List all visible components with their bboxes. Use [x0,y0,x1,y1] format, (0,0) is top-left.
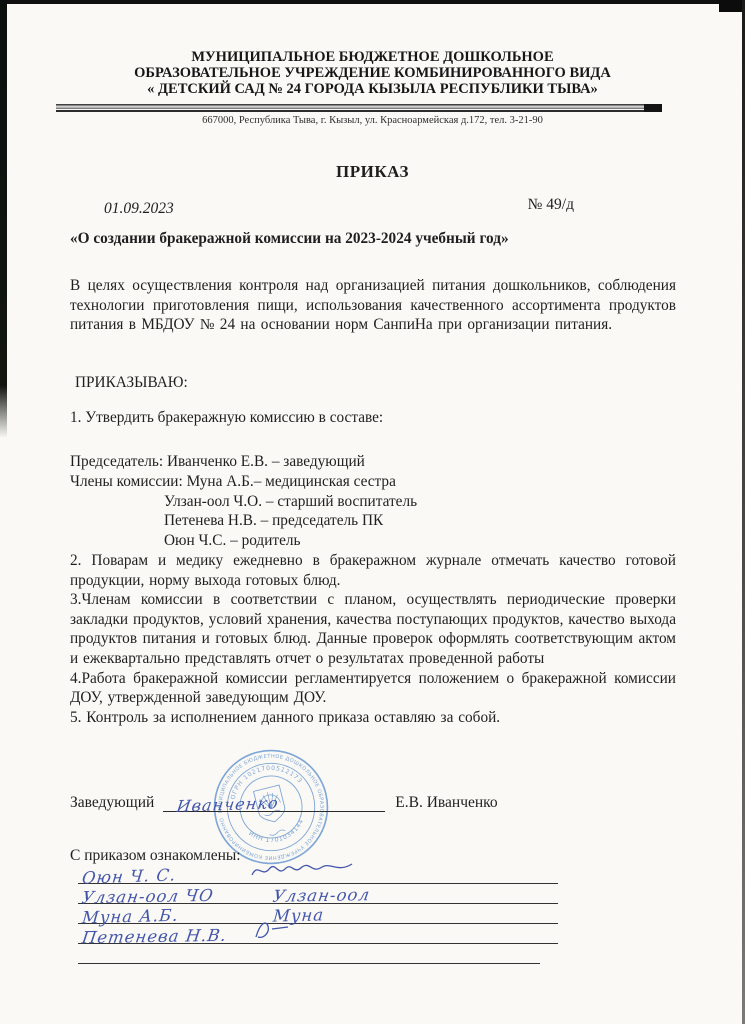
order-meta: 01.09.2023 № 49/д [70,196,676,218]
committee-member-4: Оюн Ч.С. – родитель [70,531,417,551]
handwritten-signature: Иванченко [176,793,281,816]
ack-row-5 [78,943,540,964]
ack-row-2: Улзан-оол ЧО Улзан-оол [78,883,558,904]
committee-members-label: Члены комиссии: [70,473,187,490]
signature-scribble-1 [248,859,358,883]
committee-chairman: Председатель: Иванченко Е.В. – заведующи… [70,452,417,472]
order-items: 2. Поварам и медику ежедневно в бракераж… [70,551,676,727]
org-name-line-1: МУНИЦИПАЛЬНОЕ БЮДЖЕТНОЕ ДОШКОЛЬНОЕ [0,49,745,65]
address-line: 667000, Республика Тыва, г. Кызыл, ул. К… [0,115,745,126]
org-name: МУНИЦИПАЛЬНОЕ БЮДЖЕТНОЕ ДОШКОЛЬНОЕ ОБРАЗ… [0,49,745,97]
order-subject: «О создании бракеражной комиссии на 2023… [70,230,690,248]
order-item-4: 4.Работа бракеражной комиссии регламенти… [70,669,676,708]
committee-list: Председатель: Иванченко Е.В. – заведующи… [70,452,417,551]
committee-member-3: Петенева Н.В. – председатель ПК [70,511,417,531]
directive-heading: ПРИКАЗЫВАЮ: [75,374,188,392]
order-item-5: 5. Контроль за исполнением данного прика… [70,708,676,728]
org-name-line-3: « ДЕТСКИЙ САД № 24 ГОРОДА КЫЗЫЛА РЕСПУБЛ… [0,81,745,97]
letterhead-rule-thin [56,110,644,112]
committee-member-row-1: Члены комиссии: Муна А.Б.– медицинская с… [70,472,417,492]
order-item-2: 2. Поварам и медику ежедневно в бракераж… [70,551,676,590]
document-page: МУНИЦИПАЛЬНОЕ БЮДЖЕТНОЕ ДОШКОЛЬНОЕ ОБРАЗ… [0,0,745,1024]
order-number: № 49/д [528,196,574,218]
committee-member-1: Муна А.Б.– медицинская сестра [187,473,396,490]
letterhead-rule-cap [644,104,662,112]
committee-member-2: Улзан-оол Ч.О. – старший воспитатель [70,492,417,512]
signature-row: ЗаведующийИванченкоЕ.В. Иванченко [70,792,676,812]
ack-row-4: Петенева Н.В. [78,923,558,944]
ack-row-3: Муна А.Б. Муна [78,903,558,924]
signature-line: Иванченко [163,792,385,812]
signature-scribble-4 [248,917,294,943]
org-name-line-2: ОБРАЗОВАТЕЛЬНОЕ УЧРЕЖДЕНИЕ КОМБИНИРОВАНН… [0,65,745,81]
order-item-1: 1. Утвердить бракеражную комиссию в сост… [70,409,383,427]
preamble-paragraph: В целях осуществления контроля над орган… [70,276,676,335]
letterhead-rule [56,104,644,114]
letterhead-rule-bar [56,104,644,109]
scan-edge-top [0,0,745,4]
order-item-3: 3.Членам комиссии в соответствии с плано… [70,590,676,668]
ack-row-1: Оюн Ч. С. [78,863,558,884]
doc-type-title: ПРИКАЗ [0,162,745,182]
order-date: 01.09.2023 [104,196,174,218]
signee-name: Е.В. Иванченко [395,794,497,811]
signature-title: Заведующий [70,794,154,811]
